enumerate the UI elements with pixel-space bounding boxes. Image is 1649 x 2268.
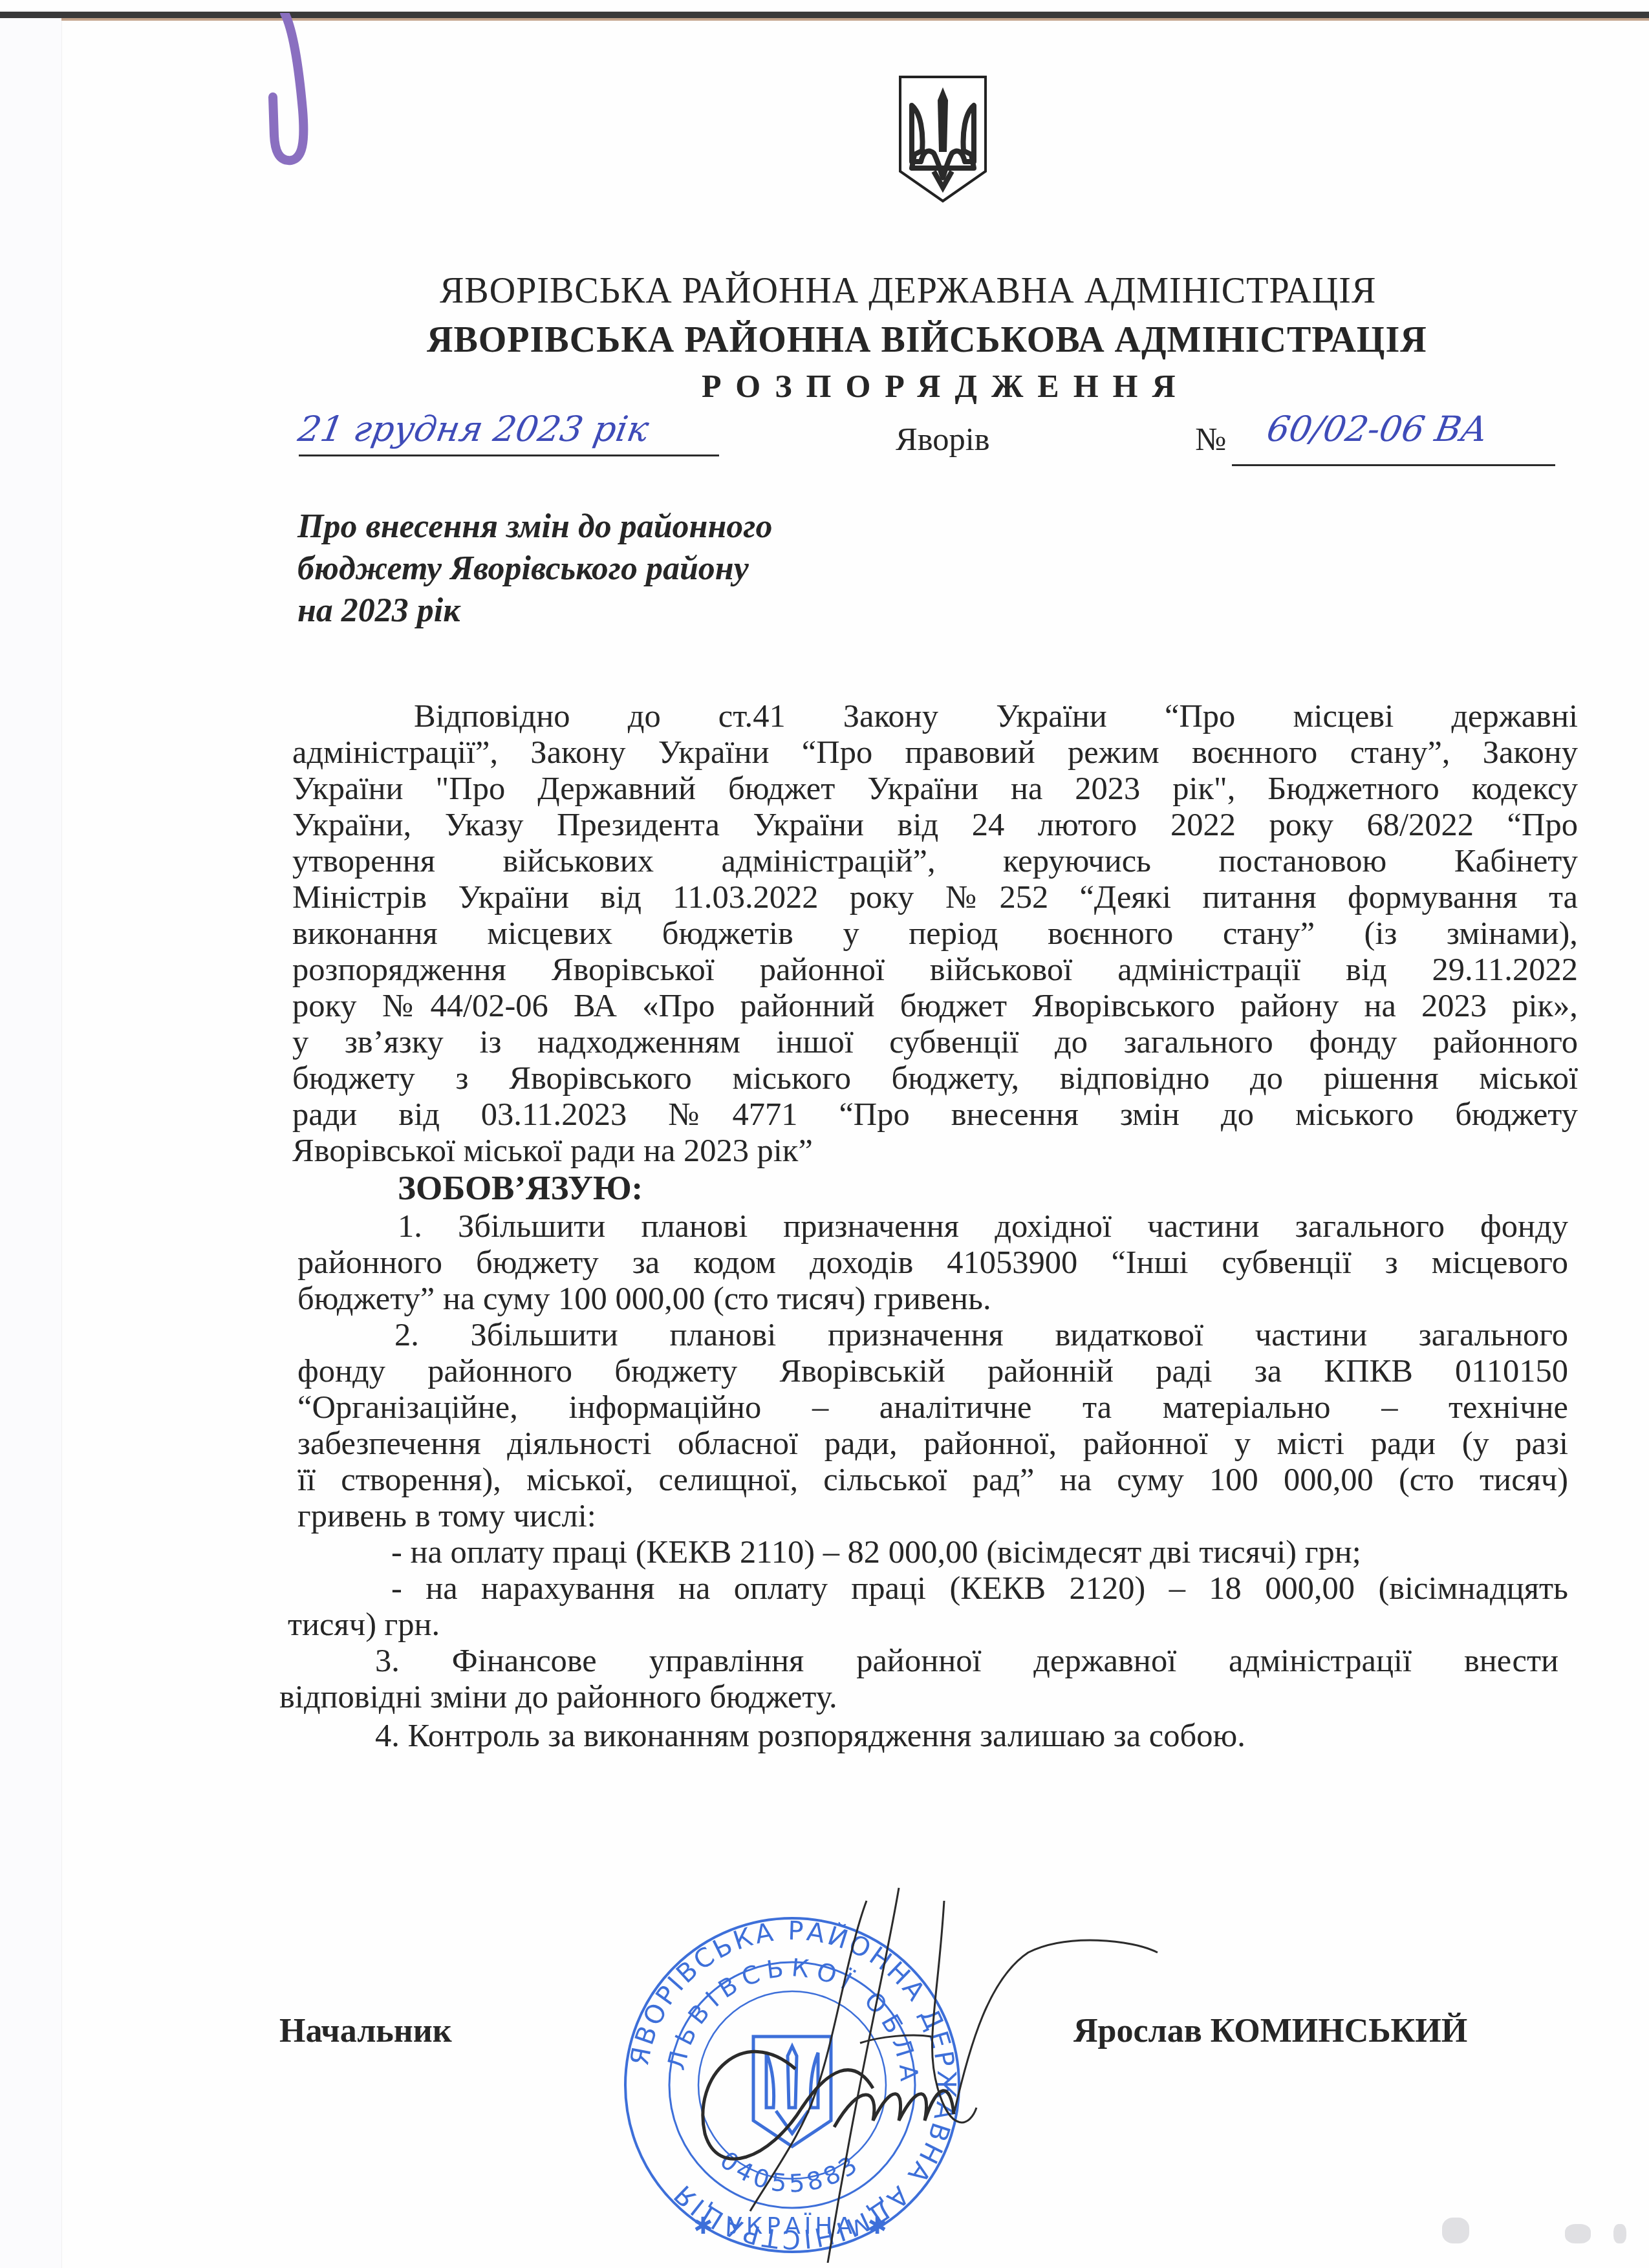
document-type: РОЗПОРЯДЖЕННЯ: [702, 367, 1190, 405]
item-line: її створення), міської, селищної, сільсь…: [297, 1460, 1568, 1498]
preamble-line: України "Про Державний бюджет України на…: [292, 769, 1578, 807]
preamble-line: Відповідно до ст.41 Закону України “Про …: [414, 697, 1578, 734]
signatory-position: Начальник: [279, 2012, 452, 2050]
paperclip-icon: [259, 13, 330, 168]
header-line-1: ЯВОРІВСЬКА РАЙОННА ДЕРЖАВНА АДМІНІСТРАЦІ…: [440, 270, 1376, 312]
number-underline: [1232, 464, 1555, 466]
directive-heading: ЗОБОВ’ЯЗУЮ:: [398, 1169, 643, 1208]
city-label: Яворів: [896, 420, 990, 458]
date-handwritten: 21 грудня 2023 рік: [295, 409, 652, 449]
item-line: 3. Фінансове управління районної державн…: [375, 1642, 1558, 1679]
date-underline: [299, 455, 719, 456]
scan-smudge: [1613, 2224, 1626, 2243]
sub-item-accruals: - на нарахування на оплату праці (КЕКВ 2…: [391, 1569, 1568, 1607]
preamble-line: утворення військових адміністрацій”, кер…: [292, 842, 1578, 879]
preamble-line: адміністрації”, Закону України “Про прав…: [292, 733, 1578, 771]
signatory-name: Ярослав КОМИНСЬКИЙ: [1073, 2012, 1467, 2050]
preamble-line: року №44/02-06 ВА «Про районний бюджет Я…: [292, 987, 1578, 1024]
scan-smudge: [1565, 2224, 1591, 2243]
number-handwritten: 60/02-06 ВА: [1264, 409, 1491, 449]
handwritten-signature: [666, 1875, 1261, 2263]
item-line: 1. Збільшити планові призначення дохідно…: [398, 1207, 1568, 1245]
number-sign: №: [1195, 420, 1226, 458]
sub-item-salary: - на оплату праці (КЕКВ 2110) – 82 000,0…: [391, 1533, 1361, 1570]
preamble-line: у зв’язку із надходженням іншої субвенці…: [292, 1023, 1578, 1060]
subject-line-1: Про внесення змін до районного: [297, 508, 773, 546]
scan-margin: [0, 18, 62, 2268]
preamble-line: виконання місцевих бюджетів у період воє…: [292, 914, 1578, 952]
item-line: відповідні зміни до районного бюджету.: [279, 1678, 837, 1715]
document-page: ЯВОРІВСЬКА РАЙОННА ДЕРЖАВНА АДМІНІСТРАЦІ…: [0, 0, 1649, 2268]
item-line: районного бюджету за кодом доходів 41053…: [297, 1243, 1568, 1281]
trident-emblem-icon: [898, 74, 988, 204]
scan-smudge: [1442, 2218, 1469, 2243]
item-line: фонду районного бюджету Яворівській райо…: [297, 1352, 1568, 1389]
preamble-line: розпорядження Яворівської районної війсь…: [292, 950, 1578, 988]
preamble-line: Міністрів України від 11.03.2022 року №2…: [292, 878, 1578, 915]
item-line: гривень в тому числі:: [297, 1497, 596, 1534]
item-line: “Організаційне, інформаційно – аналітичн…: [297, 1388, 1568, 1426]
item-line: забезпечення діяльності обласної ради, р…: [297, 1424, 1568, 1462]
header-line-2: ЯВОРІВСЬКА РАЙОННА ВІЙСЬКОВА АДМІНІСТРАЦ…: [427, 319, 1427, 361]
preamble-line: Яворівської міської ради на 2023 рік”: [292, 1131, 813, 1169]
subject-line-3: на 2023 рік: [297, 592, 460, 630]
item-line: 2. Збільшити планові призначення видатко…: [394, 1316, 1568, 1353]
item-line: бюджету” на суму 100 000,00 (сто тисяч) …: [297, 1279, 991, 1317]
sub-item-accruals-cont: тисяч) грн.: [288, 1605, 440, 1643]
scan-edge-line: [0, 12, 1649, 18]
preamble-line: бюджету з Яворівського міського бюджету,…: [292, 1059, 1578, 1097]
subject-line-2: бюджету Яворівського району: [297, 550, 749, 588]
preamble-line: ради від 03.11.2023 №4771 “Про внесення …: [292, 1095, 1578, 1133]
preamble-line: України, Указу Президента України від 24…: [292, 806, 1578, 843]
item-4: 4. Контроль за виконанням розпорядження …: [375, 1717, 1245, 1754]
